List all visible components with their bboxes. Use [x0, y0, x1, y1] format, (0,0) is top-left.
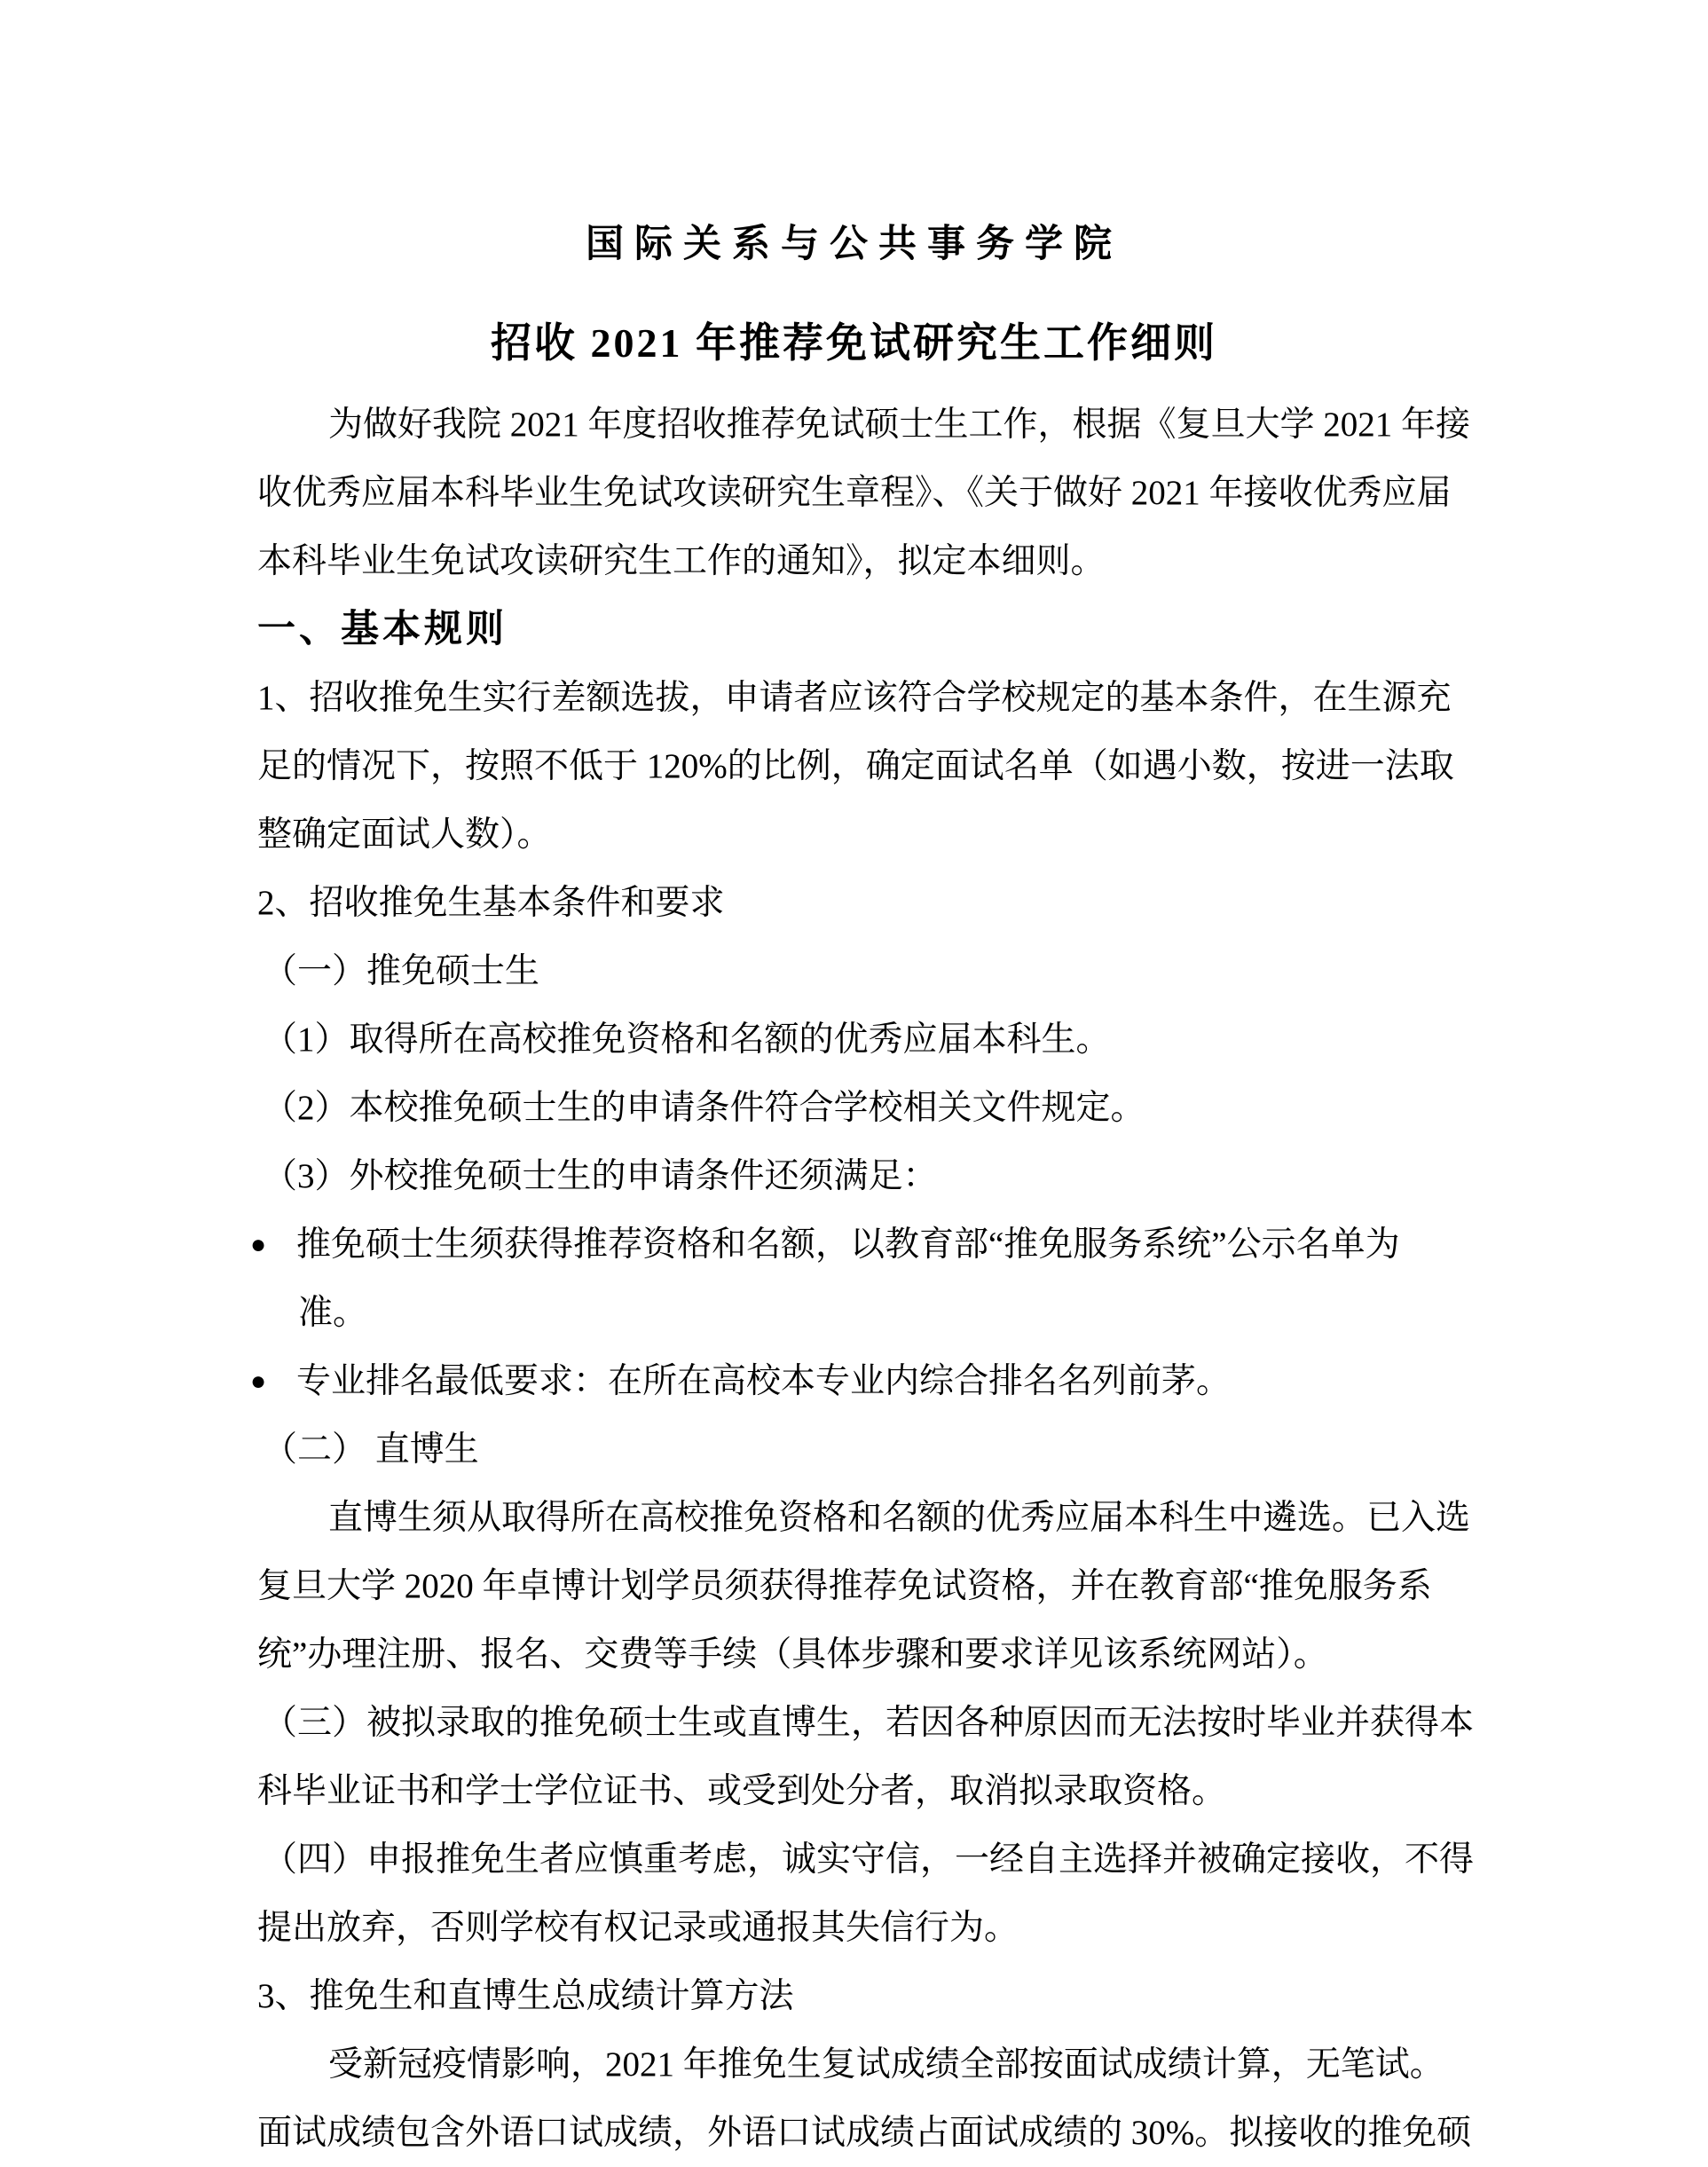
text-line: 受新冠疫情影响，2021 年推免生复试成绩全部按面试成绩计算，无笔试。 [257, 2030, 1475, 2099]
bullet-line-text: 推免硕士生须获得推荐资格和名额，以教育部“推免服务系统”公示名单为 [296, 1210, 1400, 1279]
text-line: 3、推免生和直博生总成绩计算方法 [257, 1962, 1475, 2030]
text-line: 足的情况下，按照不低于 120%的比例，确定面试名单（如遇小数，按进一法取 [257, 732, 1475, 800]
section-heading: 一、基本规则 [257, 595, 1475, 664]
document-title-line1: 国际关系与公共事务学院 [0, 0, 1708, 266]
text-line: ●专业排名最低要求：在所在高校本专业内综合排名名列前茅。 [257, 1347, 1475, 1415]
text-line: 统”办理注册、报名、交费等手续（具体步骤和要求详见该系统网站）。 [257, 1620, 1475, 1689]
text-line: 2、招收推免生基本条件和要求 [257, 869, 1475, 937]
text-line: （四）申报推免生者应慎重考虑，诚实守信，一经自主选择并被确定接收，不得 [257, 1825, 1475, 1894]
text-line: 1、招收推免生实行差额选拔，申请者应该符合学校规定的基本条件，在生源充 [257, 664, 1475, 732]
text-line: （一）推免硕士生 [257, 937, 1475, 1005]
text-line: 准。 [257, 1279, 1475, 1347]
document-body: 为做好我院 2021 年度招收推荐免试硕士生工作，根据《复旦大学 2021 年接… [257, 390, 1475, 2167]
text-line: （2）本校推免硕士生的申请条件符合学校相关文件规定。 [257, 1074, 1475, 1142]
text-line: （二） 直博生 [257, 1415, 1475, 1484]
bullet-icon: ● [250, 1210, 296, 1279]
text-line: 复旦大学 2020 年卓博计划学员须获得推荐免试资格，并在教育部“推免服务系 [257, 1552, 1475, 1620]
text-line: （三）被拟录取的推免硕士生或直博生，若因各种原因而无法按时毕业并获得本 [257, 1689, 1475, 1757]
text-line: （1）取得所在高校推免资格和名额的优秀应届本科生。 [257, 1005, 1475, 1074]
text-line: ●推免硕士生须获得推荐资格和名额，以教育部“推免服务系统”公示名单为 [257, 1210, 1475, 1279]
text-line: （3）外校推免硕士生的申请条件还须满足： [257, 1142, 1475, 1210]
text-line: 直博生须从取得所在高校推免资格和名额的优秀应届本科生中遴选。已入选 [257, 1484, 1475, 1552]
document-page: 国际关系与公共事务学院 招收 2021 年推荐免试研究生工作细则 为做好我院 2… [0, 0, 1708, 2167]
bullet-line-text: 专业排名最低要求：在所在高校本专业内综合排名名列前茅。 [296, 1347, 1231, 1415]
text-line: 提出放弃，否则学校有权记录或通报其失信行为。 [257, 1894, 1475, 1962]
text-line: 面试成绩包含外语口试成绩，外语口试成绩占面试成绩的 30%。拟接收的推免硕 [257, 2099, 1475, 2167]
text-line: 整确定面试人数）。 [257, 800, 1475, 869]
text-line: 收优秀应届本科毕业生免试攻读研究生章程》、《关于做好 2021 年接收优秀应届 [257, 459, 1475, 527]
document-title-line2: 招收 2021 年推荐免试研究生工作细则 [0, 321, 1708, 366]
text-line: 本科毕业生免试攻读研究生工作的通知》，拟定本细则。 [257, 527, 1475, 595]
bullet-icon: ● [250, 1347, 296, 1415]
text-line: 为做好我院 2021 年度招收推荐免试硕士生工作，根据《复旦大学 2021 年接 [257, 390, 1475, 459]
text-line: 科毕业证书和学士学位证书、或受到处分者，取消拟录取资格。 [257, 1757, 1475, 1825]
